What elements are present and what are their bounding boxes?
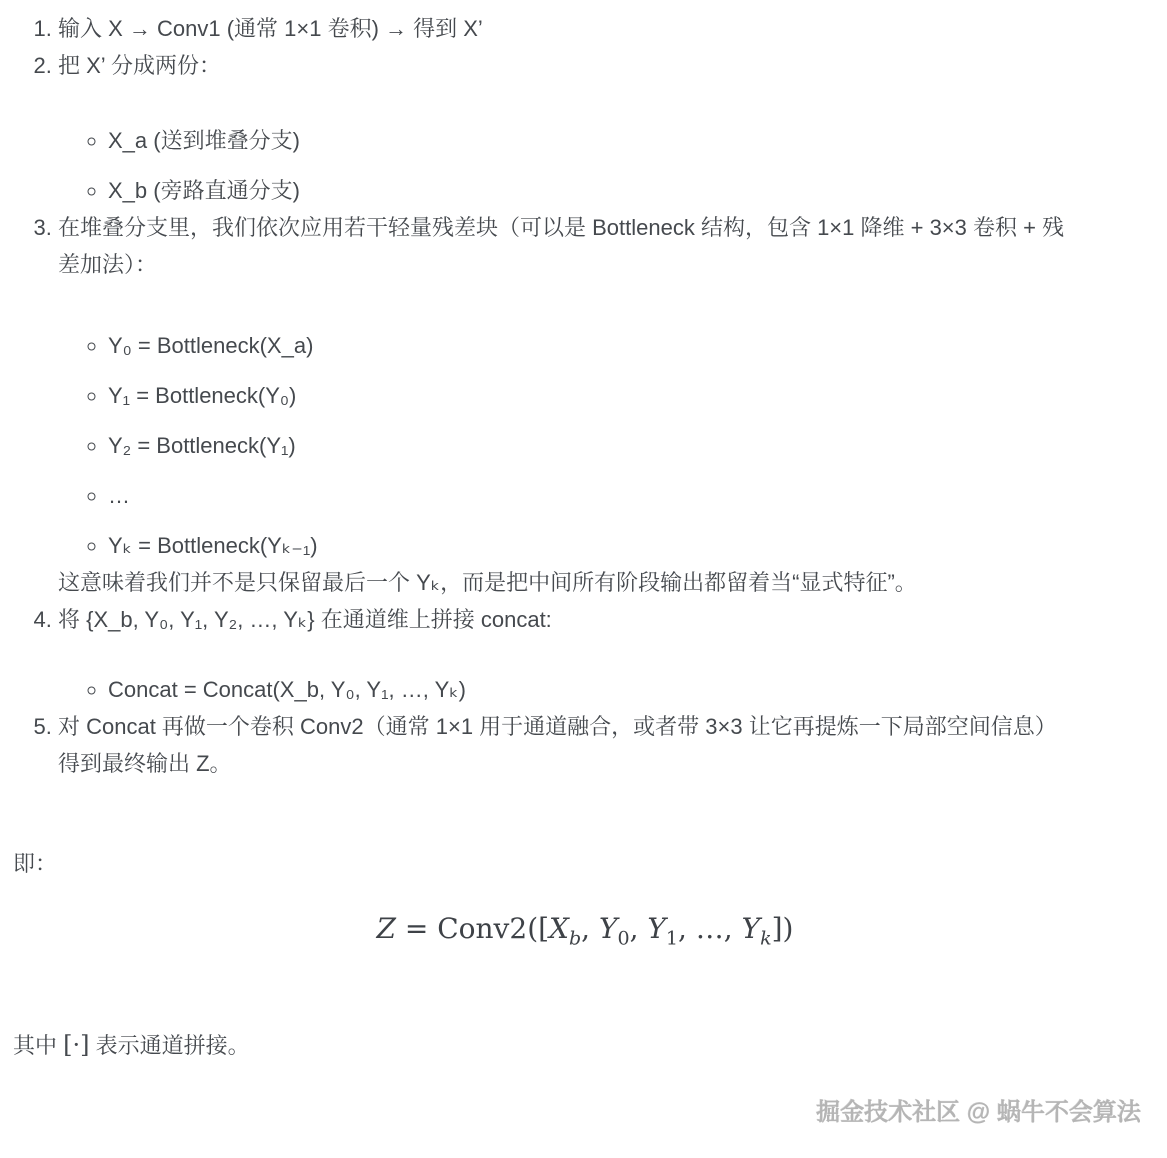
step-3-note-line: 这意味着我们并不是只保留最后一个 Yₖ，而是把中间所有阶段输出都留着当“显式特征… — [58, 564, 1157, 601]
formula-sub-b: b — [569, 928, 581, 950]
bullet-concat: Concat = Concat(X_b, Y₀, Y₁, …, Yₖ) — [108, 671, 1157, 708]
formula-var-y0: Y — [599, 912, 617, 945]
step-4-sublist: Concat = Concat(X_b, Y₀, Y₁, …, Yₖ) — [58, 671, 1157, 708]
step-5-line-2: 得到最终输出 Z。 — [58, 745, 1157, 782]
footnote-pre: 其中 — [13, 1033, 63, 1058]
bullet-y1: Y₁ = Bottleneck(Y₀) — [108, 377, 1157, 414]
formula-comma-2: , — [630, 912, 648, 945]
bullet-ellipsis: … — [108, 477, 1157, 514]
step-4: 将 {X_b, Y₀, Y₁, Y₂, …, Yₖ} 在通道维上拼接 conca… — [58, 601, 1157, 708]
bullet-y2: Y₂ = Bottleneck(Y₁) — [108, 427, 1157, 464]
step-5-line-1: 对 Concat 再做一个卷积 Conv2（通常 1×1 用于通道融合，或者带 … — [58, 708, 1157, 745]
bullet-xb: X_b (旁路直通分支) — [108, 172, 1157, 209]
step-4-text: 将 {X_b, Y₀, Y₁, Y₂, …, Yₖ} 在通道维上拼接 conca… — [58, 601, 1157, 638]
bullet-xa: X_a (送到堆叠分支) — [108, 122, 1157, 159]
step-3-line-2: 差加法）： — [58, 246, 1157, 283]
formula-sub-0: 0 — [617, 928, 629, 950]
step-2: 把 X’ 分成两份： X_a (送到堆叠分支) X_b (旁路直通分支) — [58, 47, 1157, 209]
formula-var-yk: Y — [742, 912, 760, 945]
footnote-post: 表示通道拼接。 — [89, 1033, 249, 1058]
formula-fn-conv2: Conv2 — [437, 912, 527, 945]
step-2-text: 把 X’ 分成两份： — [58, 47, 1157, 84]
then-label: 即： — [13, 845, 1157, 882]
footnote: 其中 [·] 表示通道拼接。 — [13, 1027, 1157, 1064]
step-5: 对 Concat 再做一个卷积 Conv2（通常 1×1 用于通道融合，或者带 … — [58, 708, 1157, 782]
step-3-line-1: 在堆叠分支里，我们依次应用若干轻量残差块（可以是 Bottleneck 结构，包… — [58, 209, 1157, 246]
article-body: 输入 X → Conv1 (通常 1×1 卷积) → 得到 X’ 把 X’ 分成… — [0, 0, 1167, 1064]
step-2-line-1: 把 X’ 分成两份： — [58, 47, 1157, 84]
step-2-sublist: X_a (送到堆叠分支) X_b (旁路直通分支) — [58, 122, 1157, 209]
formula-comma-1: , — [581, 912, 599, 945]
step-3: 在堆叠分支里，我们依次应用若干轻量残差块（可以是 Bottleneck 结构，包… — [58, 209, 1157, 601]
formula-open-delims: ([ — [527, 912, 549, 945]
step-1-text: 输入 X → Conv1 (通常 1×1 卷积) → 得到 X’ — [58, 10, 1157, 47]
formula-equals: = — [396, 912, 437, 945]
step-5-text: 对 Concat 再做一个卷积 Conv2（通常 1×1 用于通道融合，或者带 … — [58, 708, 1157, 782]
formula-var-z: Z — [377, 912, 396, 945]
step-3-sublist: Y₀ = Bottleneck(X_a) Y₁ = Bottleneck(Y₀)… — [58, 327, 1157, 564]
formula-sub-1: 1 — [666, 928, 678, 950]
step-3-note: 这意味着我们并不是只保留最后一个 Yₖ，而是把中间所有阶段输出都留着当“显式特征… — [58, 564, 1157, 601]
step-1: 输入 X → Conv1 (通常 1×1 卷积) → 得到 X’ — [58, 10, 1157, 47]
steps-list: 输入 X → Conv1 (通常 1×1 卷积) → 得到 X’ 把 X’ 分成… — [13, 10, 1157, 782]
formula-sub-k: k — [760, 928, 772, 950]
bullet-y0: Y₀ = Bottleneck(X_a) — [108, 327, 1157, 364]
step-3-text: 在堆叠分支里，我们依次应用若干轻量残差块（可以是 Bottleneck 结构，包… — [58, 209, 1157, 283]
formula-var-y1: Y — [647, 912, 665, 945]
step-1-line-1: 输入 X → Conv1 (通常 1×1 卷积) → 得到 X’ — [58, 10, 1157, 47]
formula-ellipsis: , …, — [678, 912, 742, 945]
watermark: 掘金技术社区 @ 蜗牛不会算法 — [816, 1094, 1141, 1131]
formula: Z = Conv2([Xb, Y0, Y1, …, Yk]) — [13, 907, 1157, 951]
step-4-line-1: 将 {X_b, Y₀, Y₁, Y₂, …, Yₖ} 在通道维上拼接 conca… — [58, 601, 1157, 638]
footnote-bracket-dot: [·] — [63, 1031, 89, 1059]
formula-close-delims: ]) — [772, 912, 794, 945]
formula-var-x: X — [549, 912, 569, 945]
bullet-yk: Yₖ = Bottleneck(Yₖ₋₁) — [108, 527, 1157, 564]
